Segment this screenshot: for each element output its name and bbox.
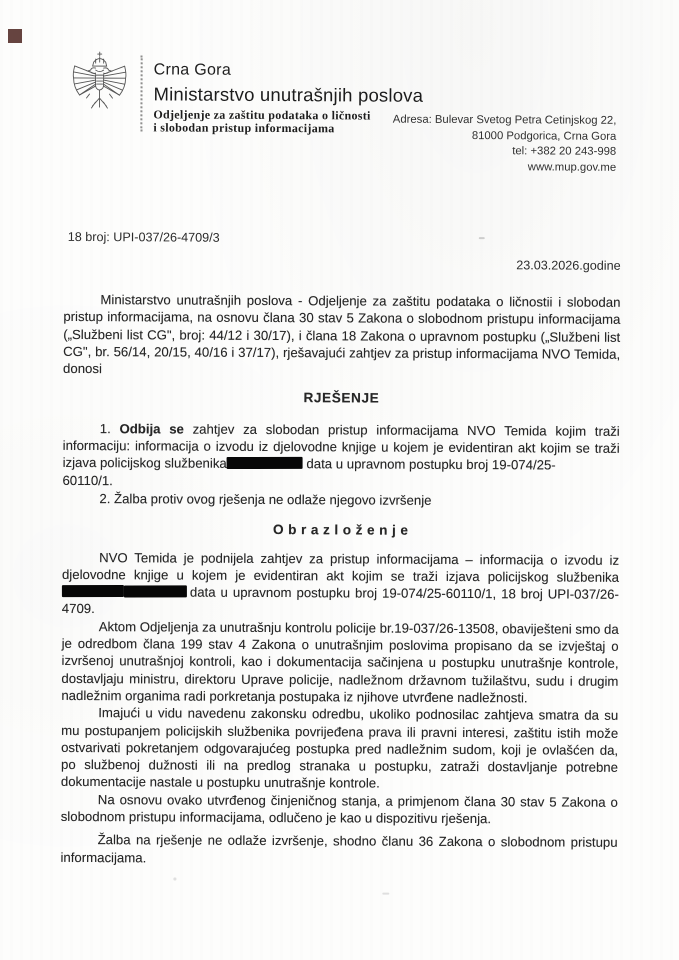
decision-title: RJEŠENJE [63, 388, 620, 408]
explanation-paragraph-2: Aktom Odjeljenja za unutrašnju kontrolu … [61, 618, 618, 707]
letterhead-department-line2: i slobodan pristup informacijama [153, 120, 334, 136]
explanation-paragraph-4: Na osnovu ovako utvrđenog činjeničnog st… [61, 791, 618, 829]
decision-item-2: 2. Žalba protiv ovog rješenja ne odlaže … [62, 490, 619, 510]
contact-address-line1: Adresa: Bulevar Svetog Petra Cetinjskog … [341, 112, 616, 129]
reference-number: 18 broj: UPI-037/26-4709/3 [68, 230, 220, 245]
contact-website: www.mup.gov.me [341, 159, 616, 176]
document-body: Ministarstvo unutrašnjih poslova - Odjel… [60, 291, 620, 869]
decision-item-1: 1. Odbija se zahtjev za slobodan pristup… [62, 420, 619, 492]
decision-item-1-emphasis: Odbija se [119, 421, 183, 436]
scan-speck [382, 893, 389, 895]
letterhead-ministry: Ministarstvo unutrašnjih poslova [153, 83, 423, 106]
decision-item-1-last-line: 60110/1. [62, 473, 112, 488]
explanation-title: O b r a z l o ž e n j e [62, 520, 619, 540]
document-date: 23.03.2026.godine [381, 258, 621, 273]
contact-phone: tel: +382 20 243-998 [341, 144, 616, 161]
redaction-bar [124, 585, 187, 597]
letterhead-divider [140, 55, 142, 131]
intro-paragraph: Ministarstvo unutrašnjih poslova - Odjel… [63, 291, 620, 380]
letterhead-country: Crna Gora [154, 61, 231, 79]
decision-item-1-text-after: data u upravnom postupku broj 19-074/25- [303, 457, 556, 473]
explanation-paragraph-1-lead: NVO Temida je podnijela zahtjev za prist… [62, 550, 619, 585]
decision-item-1-number: 1. [100, 421, 120, 436]
scan-speck [479, 237, 485, 239]
contact-address-line2: 81000 Podgorica, Crna Gora [341, 128, 616, 145]
scanned-letter: Crna Gora Ministarstvo unutrašnjih poslo… [0, 0, 679, 960]
explanation-paragraph-1: NVO Temida je podnijela zahtjev za prist… [62, 548, 619, 620]
redaction-bar [62, 585, 124, 597]
scan-speck [173, 877, 176, 880]
explanation-paragraph-3: Imajući u vidu navedenu zakonsku odredbu… [61, 704, 618, 793]
montenegro-coat-of-arms-icon [71, 50, 127, 112]
explanation-paragraph-5: Žalba na rješenje ne odlaže izvršenje, s… [60, 831, 617, 869]
contact-block: Adresa: Bulevar Svetog Petra Cetinjskog … [341, 112, 616, 176]
redaction-bar [227, 457, 303, 469]
